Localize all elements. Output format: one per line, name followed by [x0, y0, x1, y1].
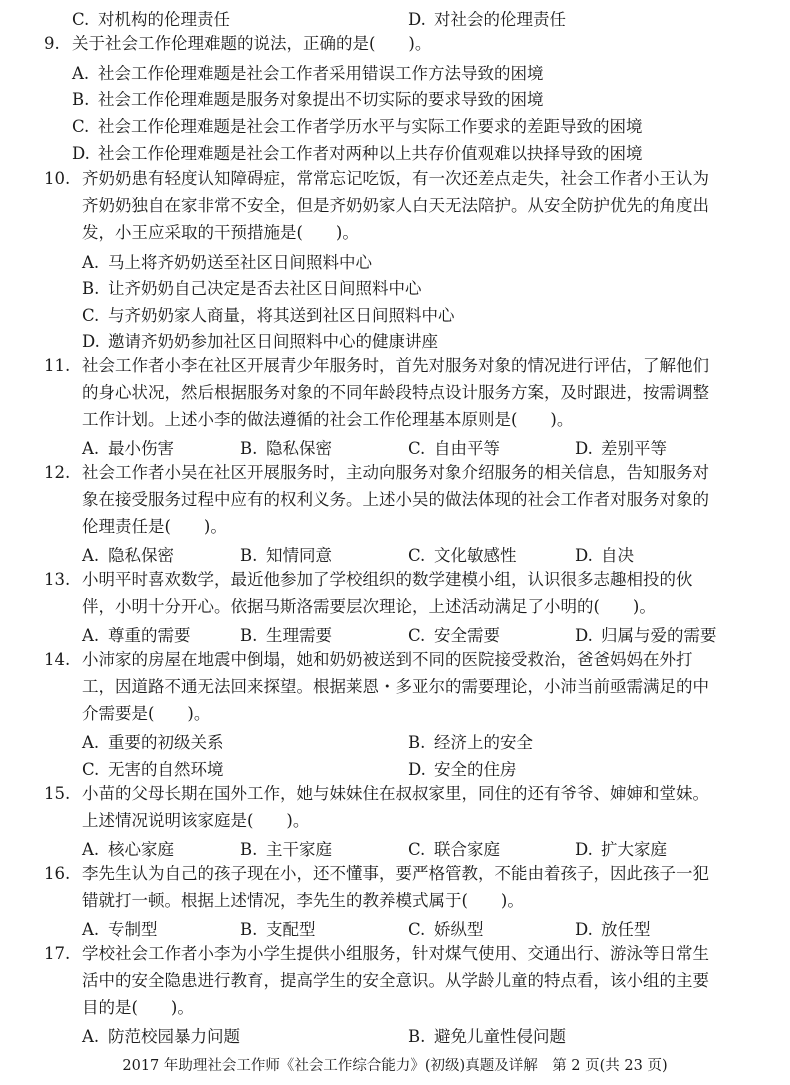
option-text: 主干家庭: [266, 840, 332, 859]
option-b: B.主干家庭: [240, 836, 332, 860]
option-label: D.: [575, 920, 601, 939]
option-c: C.安全需要: [408, 622, 500, 646]
question-stem-line: 上述情况说明该家庭是( )。: [82, 810, 309, 832]
option-label: B.: [408, 733, 434, 752]
option-label: A.: [82, 840, 108, 859]
option-c: C.与齐奶奶家人商量，将其送到社区日间照料中心: [82, 302, 455, 326]
option-d: D.扩大家庭: [575, 836, 667, 860]
option-label: B.: [240, 439, 266, 458]
option-text: 经济上的安全: [434, 733, 533, 752]
option-text: 重要的初级关系: [108, 733, 224, 752]
question-stem-line: 活中的安全隐患进行教育，提高学生的安全意识。从学龄儿童的特点看，该小组的主要: [82, 970, 709, 992]
option-label: B.: [72, 90, 98, 109]
option-label: B.: [240, 626, 266, 645]
option-label: D.: [575, 546, 601, 565]
question-stem-line: 介需要是( )。: [82, 703, 210, 725]
option-label: C.: [72, 117, 98, 136]
option-text: 无害的自然环境: [108, 760, 224, 779]
option-a: A.尊重的需要: [82, 622, 191, 646]
option-text: 知情同意: [266, 546, 332, 565]
question-stem-line: 社会工作者小吴在社区开展服务时，主动向服务对象介绍服务的相关信息，告知服务对: [82, 462, 709, 484]
option-b: B.隐私保密: [240, 435, 332, 459]
question-stem-line: 象在接受服务过程中应有的权利义务。上述小吴的做法体现的社会工作者对服务对象的: [82, 489, 709, 511]
question-stem-line: 小明平时喜欢数学，最近他参加了学校组织的数学建模小组，认识很多志趣相投的伙: [82, 569, 693, 591]
option-text: 与齐奶奶家人商量，将其送到社区日间照料中心: [108, 306, 455, 325]
option-d: D.邀请齐奶奶参加社区日间照料中心的健康讲座: [82, 328, 438, 352]
option-text: 尊重的需要: [108, 626, 191, 645]
option-b: B.社会工作伦理难题是服务对象提出不切实际的要求导致的困境: [72, 86, 544, 110]
option-label: A.: [82, 733, 108, 752]
option-label: B.: [240, 920, 266, 939]
option-label: B.: [240, 546, 266, 565]
option-q8-d: D.对社会的伦理责任: [408, 6, 566, 30]
option-text: 隐私保密: [266, 439, 332, 458]
option-a: A.专制型: [82, 916, 158, 940]
option-text: 社会工作伦理难题是社会工作者学历水平与实际工作要求的差距导致的困境: [98, 117, 643, 136]
option-label: B.: [408, 1027, 434, 1046]
option-text: 社会工作伦理难题是服务对象提出不切实际的要求导致的困境: [98, 90, 544, 109]
option-text: 自由平等: [434, 439, 500, 458]
option-label: D.: [575, 439, 601, 458]
option-label: A.: [82, 253, 108, 272]
question-stem-line: 学校社会工作者小李为小学生提供小组服务，针对煤气使用、交通出行、游泳等日常生: [82, 943, 709, 965]
option-c: C.无害的自然环境: [82, 756, 224, 780]
option-a: A.社会工作伦理难题是社会工作者采用错误工作方法导致的困境: [72, 60, 544, 84]
option-text: 放任型: [601, 920, 651, 939]
option-b: B.知情同意: [240, 542, 332, 566]
question-number: 9.: [44, 33, 60, 55]
option-label: C.: [408, 546, 434, 565]
question-number: 17.: [44, 943, 70, 965]
option-text: 自决: [601, 546, 634, 565]
option-text: 对社会的伦理责任: [434, 10, 566, 29]
question-number: 16.: [44, 863, 70, 885]
option-text: 社会工作伦理难题是社会工作者采用错误工作方法导致的困境: [98, 64, 544, 83]
question-number: 13.: [44, 569, 70, 591]
option-text: 最小伤害: [108, 439, 174, 458]
option-label: D.: [575, 626, 601, 645]
option-text: 文化敏感性: [434, 546, 517, 565]
question-stem-line: 齐奶奶患有轻度认知障碍症，常常忘记吃饭，有一次还差点走失，社会工作者小王认为: [82, 168, 709, 190]
question-number: 14.: [44, 649, 70, 671]
option-d: D.差别平等: [575, 435, 667, 459]
option-label: C.: [72, 10, 98, 29]
page-footer: 2017 年助理社会工作师《社会工作综合能力》(初级)真题及详解 第 2 页(共…: [0, 1054, 790, 1075]
question-stem-line: 目的是( )。: [82, 997, 194, 1019]
option-text: 归属与爱的需要: [601, 626, 717, 645]
option-b: B.经济上的安全: [408, 729, 533, 753]
option-label: C.: [82, 306, 108, 325]
option-d: D.安全的住房: [408, 756, 517, 780]
option-c: C.自由平等: [408, 435, 500, 459]
option-label: A.: [82, 546, 108, 565]
option-label: D.: [408, 760, 434, 779]
option-label: D.: [72, 144, 98, 163]
option-label: A.: [82, 920, 108, 939]
option-c: C.娇纵型: [408, 916, 484, 940]
option-a: A.马上将齐奶奶送至社区日间照料中心: [82, 249, 372, 273]
option-text: 邀请齐奶奶参加社区日间照料中心的健康讲座: [108, 332, 438, 351]
option-text: 马上将齐奶奶送至社区日间照料中心: [108, 253, 372, 272]
question-stem-line: 伦理责任是( )。: [82, 516, 227, 538]
option-label: C.: [408, 626, 434, 645]
option-d: D.自决: [575, 542, 634, 566]
option-label: C.: [82, 760, 108, 779]
question-stem-line: 小苗的父母长期在国外工作，她与妹妹住在叔叔家里，同住的还有爷爷、婶婶和堂妹。: [82, 783, 709, 805]
option-b: B.让齐奶奶自己决定是否去社区日间照料中心: [82, 275, 422, 299]
option-label: C.: [408, 840, 434, 859]
question-stem-line: 发，小王应采取的干预措施是( )。: [82, 222, 359, 244]
option-label: D.: [575, 840, 601, 859]
option-q8-c: C.对机构的伦理责任: [72, 6, 230, 30]
question-stem-line: 关于社会工作伦理难题的说法，正确的是( )。: [72, 33, 431, 55]
option-c: C.社会工作伦理难题是社会工作者学历水平与实际工作要求的差距导致的困境: [72, 113, 643, 137]
option-a: A.重要的初级关系: [82, 729, 224, 753]
question-number: 12.: [44, 462, 70, 484]
option-label: D.: [82, 332, 108, 351]
option-text: 让齐奶奶自己决定是否去社区日间照料中心: [108, 279, 422, 298]
option-text: 专制型: [108, 920, 158, 939]
question-stem-line: 工，因道路不通无法回来探望。根据莱恩・多亚尔的需要理论，小沛当前亟需满足的中: [82, 676, 709, 698]
question-number: 10.: [44, 168, 70, 190]
question-number: 15.: [44, 783, 70, 805]
option-label: C.: [408, 920, 434, 939]
option-label: B.: [240, 840, 266, 859]
option-a: A.核心家庭: [82, 836, 174, 860]
question-stem-line: 伴，小明十分开心。依据马斯洛需要层次理论，上述活动满足了小明的( )。: [82, 596, 656, 618]
option-text: 隐私保密: [108, 546, 174, 565]
option-text: 差别平等: [601, 439, 667, 458]
question-stem-line: 小沛家的房屋在地震中倒塌，她和奶奶被送到不同的医院接受救治，爸爸妈妈在外打: [82, 649, 693, 671]
option-b: B.避免儿童性侵问题: [408, 1023, 566, 1047]
option-label: A.: [82, 626, 108, 645]
option-c: C.文化敏感性: [408, 542, 517, 566]
option-text: 扩大家庭: [601, 840, 667, 859]
option-d: D.放任型: [575, 916, 651, 940]
option-label: A.: [82, 439, 108, 458]
option-c: C.联合家庭: [408, 836, 500, 860]
option-label: A.: [72, 64, 98, 83]
option-text: 联合家庭: [434, 840, 500, 859]
option-label: D.: [408, 10, 434, 29]
option-label: B.: [82, 279, 108, 298]
option-text: 防范校园暴力问题: [108, 1027, 240, 1046]
question-stem-line: 工作计划。上述小李的做法遵循的社会工作伦理基本原则是( )。: [82, 409, 573, 431]
option-label: C.: [408, 439, 434, 458]
question-stem-line: 社会工作者小李在社区开展青少年服务时，首先对服务对象的情况进行评估，了解他们: [82, 355, 709, 377]
option-text: 安全的住房: [434, 760, 517, 779]
question-number: 11.: [44, 355, 70, 377]
option-d: D.归属与爱的需要: [575, 622, 717, 646]
option-a: A.最小伤害: [82, 435, 174, 459]
option-text: 核心家庭: [108, 840, 174, 859]
option-text: 社会工作伦理难题是社会工作者对两种以上共存价值观难以抉择导致的困境: [98, 144, 643, 163]
option-b: B.生理需要: [240, 622, 332, 646]
question-stem-line: 李先生认为自己的孩子现在小，还不懂事，要严格管教，不能由着孩子，因此孩子一犯: [82, 863, 709, 885]
question-stem-line: 的身心状况，然后根据服务对象的不同年龄段特点设计服务方案，及时跟进，按需调整: [82, 382, 709, 404]
option-b: B.支配型: [240, 916, 316, 940]
question-stem-line: 齐奶奶独自在家非常不安全，但是齐奶奶家人白天无法陪护。从安全防护优先的角度出: [82, 195, 709, 217]
option-text: 生理需要: [266, 626, 332, 645]
question-stem-line: 错就打一顿。根据上述情况，李先生的教养模式属于( )。: [82, 890, 524, 912]
option-text: 避免儿童性侵问题: [434, 1027, 566, 1046]
option-a: A.隐私保密: [82, 542, 174, 566]
option-text: 娇纵型: [434, 920, 484, 939]
option-text: 对机构的伦理责任: [98, 10, 230, 29]
option-a: A.防范校园暴力问题: [82, 1023, 240, 1047]
option-d: D.社会工作伦理难题是社会工作者对两种以上共存价值观难以抉择导致的困境: [72, 140, 643, 164]
option-text: 支配型: [266, 920, 316, 939]
option-text: 安全需要: [434, 626, 500, 645]
option-label: A.: [82, 1027, 108, 1046]
